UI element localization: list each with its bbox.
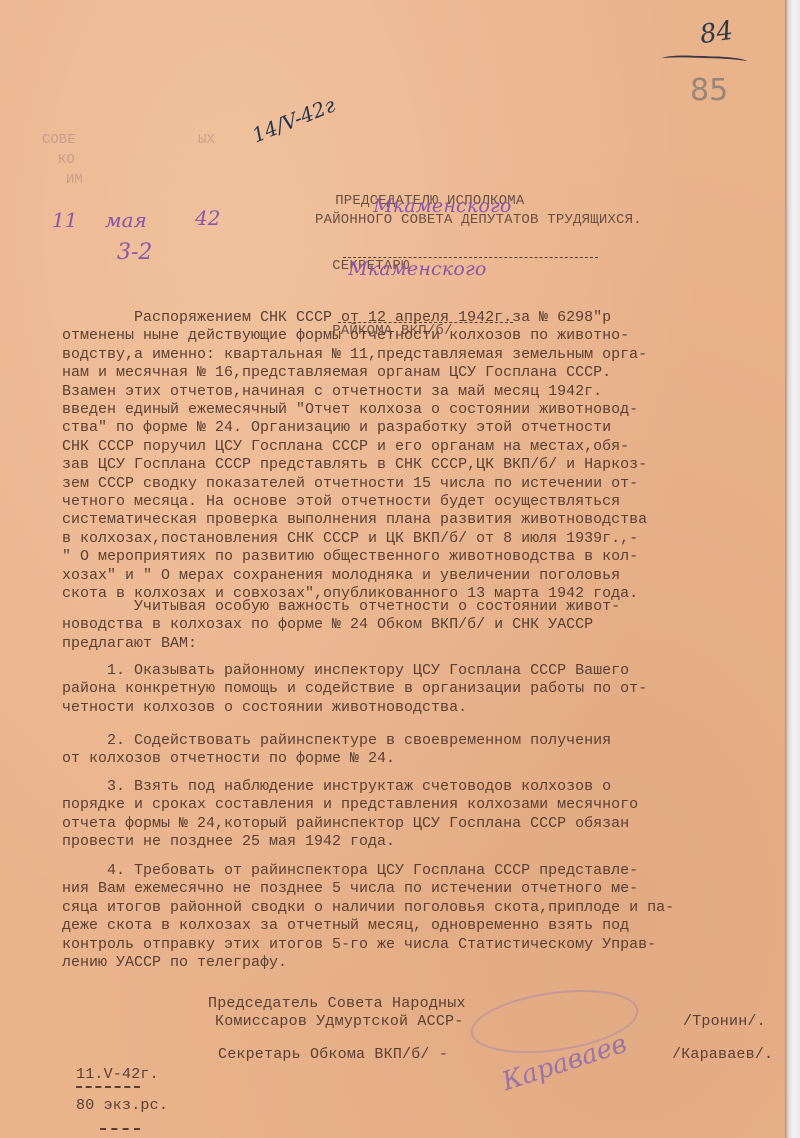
scan-edge bbox=[785, 0, 800, 1138]
sheet-number-top: 84 bbox=[698, 16, 735, 50]
text-line: введен единый ежемесячный "Отчет колхоза… bbox=[62, 401, 772, 419]
text-line: деже скота в колхозах за отчетный месяц,… bbox=[62, 917, 772, 935]
text-line: зем СССР сводку показателей отчетности 1… bbox=[62, 475, 772, 493]
text-line: 2. Содействовать райинспектуре в своевре… bbox=[62, 732, 772, 750]
text-line: зав ЦСУ Госплана СССР представлять в СНК… bbox=[62, 456, 772, 474]
text-line: четности колхозов о состоянии животновод… bbox=[62, 699, 772, 717]
text-line: СНК СССР поручил ЦСУ Госплана СССР и его… bbox=[62, 438, 772, 456]
footer-date-underline bbox=[76, 1086, 140, 1088]
text-line: систематическая проверка выполнения план… bbox=[62, 511, 772, 529]
chair-title-line-2: Комиссаров Удмуртской АССР- bbox=[215, 1013, 463, 1030]
text-line: нам и месячная № 16,представляемая орган… bbox=[62, 364, 772, 382]
text-line: провести не позднее 25 мая 1942 года. bbox=[62, 833, 772, 851]
text-line: 4. Требовать от райинспектора ЦСУ Госпла… bbox=[62, 862, 772, 880]
text-line: от колхозов отчетности по форме № 24. bbox=[62, 750, 772, 768]
footer-date: 11.V-42г. bbox=[76, 1066, 159, 1083]
text-line: предлагают ВАМ: bbox=[62, 635, 772, 653]
directive-item-1: 1. Оказывать районному инспектору ЦСУ Го… bbox=[62, 662, 772, 717]
text-line: в колхозах,постановления СНК СССР и ЦК В… bbox=[62, 530, 772, 548]
faint-stamp-line-1: СОВЕ bbox=[42, 132, 76, 148]
footer-copies: 80 экз.рс. bbox=[76, 1097, 168, 1114]
addressee-line-2: РАЙОННОГО СОВЕТА ДЕПУТАТОВ ТРУДЯЩИХСЯ. bbox=[315, 212, 642, 228]
text-line: Учитывая особую важность отчетности о со… bbox=[62, 598, 772, 616]
body-paragraph-1: Распоряжением СНК СССР от 12 апреля 1942… bbox=[62, 309, 772, 604]
text-line: контроль отправку этих итогов 5-го же чи… bbox=[62, 936, 772, 954]
addressee-district-handwritten-3: Мкаменского bbox=[348, 258, 486, 280]
text-line: 1. Оказывать районному инспектору ЦСУ Го… bbox=[62, 662, 772, 680]
directive-item-2: 2. Содействовать райинспектуре в своевре… bbox=[62, 732, 772, 769]
chair-name: /Тронин/. bbox=[683, 1013, 766, 1030]
text-line: Распоряжением СНК СССР от 12 апреля 1942… bbox=[62, 309, 772, 327]
margin-registration-number: 3-2 bbox=[117, 240, 152, 265]
directive-item-3: 3. Взять под наблюдение инструктаж счето… bbox=[62, 778, 772, 852]
text-line: 3. Взять под наблюдение инструктаж счето… bbox=[62, 778, 772, 796]
secretary-name: /Караваев/. bbox=[672, 1046, 773, 1063]
secretary-title: Секретарь Обкома ВКП/б/ - bbox=[218, 1046, 448, 1063]
text-line: Взамен этих отчетов,начиная с отчетности… bbox=[62, 383, 772, 401]
text-line: новодства в колхозах по форме № 24 Обком… bbox=[62, 616, 772, 634]
chair-title-line-1: Председатель Совета Народных bbox=[208, 995, 466, 1012]
text-line: водству,а именно: квартальная № 11,предс… bbox=[62, 346, 772, 364]
footer-copies-underline bbox=[100, 1128, 140, 1130]
text-line: лению УАССР по телеграфу. bbox=[62, 954, 772, 972]
faint-stamp-line-3: ИМ bbox=[66, 172, 83, 188]
text-line: отчета формы № 24,который райинспектор Ц… bbox=[62, 815, 772, 833]
text-line: ния Вам ежемесячно не позднее 5 числа по… bbox=[62, 880, 772, 898]
faint-stamp-line-2: КО bbox=[58, 152, 75, 168]
body-paragraph-2: Учитывая особую важность отчетности о со… bbox=[62, 598, 772, 653]
text-line: четного месяца. На основе этой отчетност… bbox=[62, 493, 772, 511]
text-line: района конкретную помощь и содействие в … bbox=[62, 680, 772, 698]
text-line: порядке и сроках составления и представл… bbox=[62, 796, 772, 814]
faint-stamp-line-4: ЫХ bbox=[198, 132, 215, 148]
margin-day: 11 bbox=[52, 208, 77, 232]
directive-item-4: 4. Требовать от райинспектора ЦСУ Госпла… bbox=[62, 862, 772, 972]
text-line: хозах" и " О мерах сохранения молодняка … bbox=[62, 567, 772, 585]
text-line: ства" по форме № 24. Организацию и разра… bbox=[62, 419, 772, 437]
sheet-number-bottom: 85 bbox=[690, 73, 728, 108]
text-line: " О мероприятиях по развитию общественно… bbox=[62, 548, 772, 566]
margin-month: мая bbox=[105, 208, 147, 232]
text-line: сяца итогов районной сводки о наличии по… bbox=[62, 899, 772, 917]
text-line: отменены ныне действующие формы отчетнос… bbox=[62, 327, 772, 345]
margin-year: 42 bbox=[195, 206, 220, 230]
